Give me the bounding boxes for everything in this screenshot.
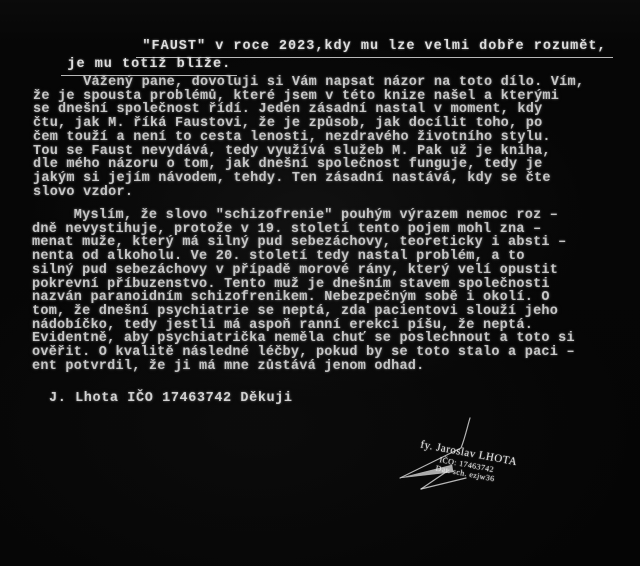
signature-line: J. Lhota IČO 17463742 Děkuji: [49, 392, 293, 406]
title-text-underlined: je mu totiž blíže.: [61, 57, 237, 76]
letter-paragraph-1: Vážený pane, dovoluji si Vám napsat názo…: [33, 76, 584, 199]
typewritten-letter-page: "FAUST" v roce 2023,kdy mu lze velmi dob…: [0, 0, 640, 566]
letter-paragraph-2: Myslím, že slovo "schizofrenie" pouhým v…: [32, 209, 575, 373]
